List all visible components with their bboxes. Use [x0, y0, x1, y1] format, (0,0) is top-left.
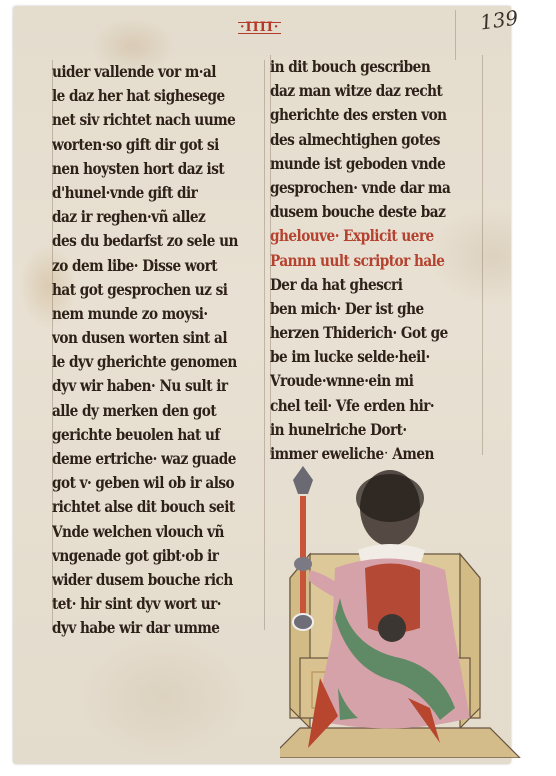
text-line: deme ertriche· waz guade: [52, 447, 239, 471]
text-column-left: uider vallende vor m·al le daz her hat s…: [52, 60, 264, 641]
text-line: net siv richtet nach uume: [52, 108, 239, 132]
text-line: be im lucke selde·heil·: [270, 345, 457, 369]
text-line: d'hunel·vnde gift dir: [52, 181, 239, 205]
text-line: uider vallende vor m·al: [52, 60, 239, 84]
text-line: Vroude·wnne·ein mi: [270, 369, 457, 393]
orb: [378, 614, 406, 642]
text-line: in hunelriche Dort·: [270, 418, 457, 442]
text-line: vngenade got gibt·ob ir: [52, 544, 239, 568]
text-line: munde ist geboden vnde: [270, 152, 457, 176]
illustration-enthroned-ruler: [280, 458, 540, 758]
text-line: Der da hat ghescri: [270, 273, 457, 297]
text-column-right: in dit bouch gescriben daz man witze daz…: [270, 55, 482, 466]
text-line: des du bedarfst zo sele un: [52, 229, 239, 253]
folio-number: 139: [479, 5, 520, 34]
text-line: in dit bouch gescriben: [270, 55, 457, 79]
text-line: alle dy merken den got: [52, 399, 239, 423]
text-line: zo dem libe· Disse wort: [52, 254, 239, 278]
text-line: gerichte beuolen hat uf: [52, 423, 239, 447]
text-line: hat got gesprochen uz si: [52, 278, 239, 302]
text-line: tet· hir sint dyv wort ur·: [52, 592, 239, 616]
ruling-right-margin: [482, 55, 483, 455]
text-line: herzen Thiderich· Got ge: [270, 321, 457, 345]
text-line: gesprochen· vnde dar ma: [270, 176, 457, 200]
text-line: daz ir reghen·vñ allez: [52, 205, 239, 229]
text-line: le daz her hat sighesege: [52, 84, 239, 108]
text-line: dusem bouche deste baz: [270, 200, 457, 224]
text-line: dyv habe wir dar umme: [52, 616, 239, 640]
text-line: got v· geben wil ob ir also: [52, 471, 239, 495]
text-line: nem munde zo moysi·: [52, 302, 239, 326]
text-line: ben mich· Der ist ghe: [270, 297, 457, 321]
text-line: wider dusem bouche rich: [52, 568, 239, 592]
text-line: richtet alse dit bouch seit: [52, 495, 239, 519]
text-line: worten·so gift dir got si: [52, 133, 239, 157]
text-line: chel teil· Vfe erden hir·: [270, 394, 457, 418]
text-line: des almechtighen gotes: [270, 128, 457, 152]
ruling-column-divider-left: [264, 60, 265, 630]
ruling-top-right: [455, 10, 456, 60]
text-line: von dusen worten sint al: [52, 326, 239, 350]
rubric-line: ghelouve· Explicit uere: [270, 224, 457, 248]
text-line: Vnde welchen vlouch vñ: [52, 520, 239, 544]
text-line: nen hoysten hort daz ist: [52, 157, 239, 181]
running-head: ·IIII·: [238, 22, 281, 34]
rubric-line: Pannn uult scriptor hale: [270, 249, 457, 273]
text-line: daz man witze daz recht: [270, 79, 457, 103]
text-line: le dyv gherichte genomen: [52, 350, 239, 374]
text-line: dyv wir haben· Nu sult ir: [52, 374, 239, 398]
text-line: gherichte des ersten von: [270, 103, 457, 127]
